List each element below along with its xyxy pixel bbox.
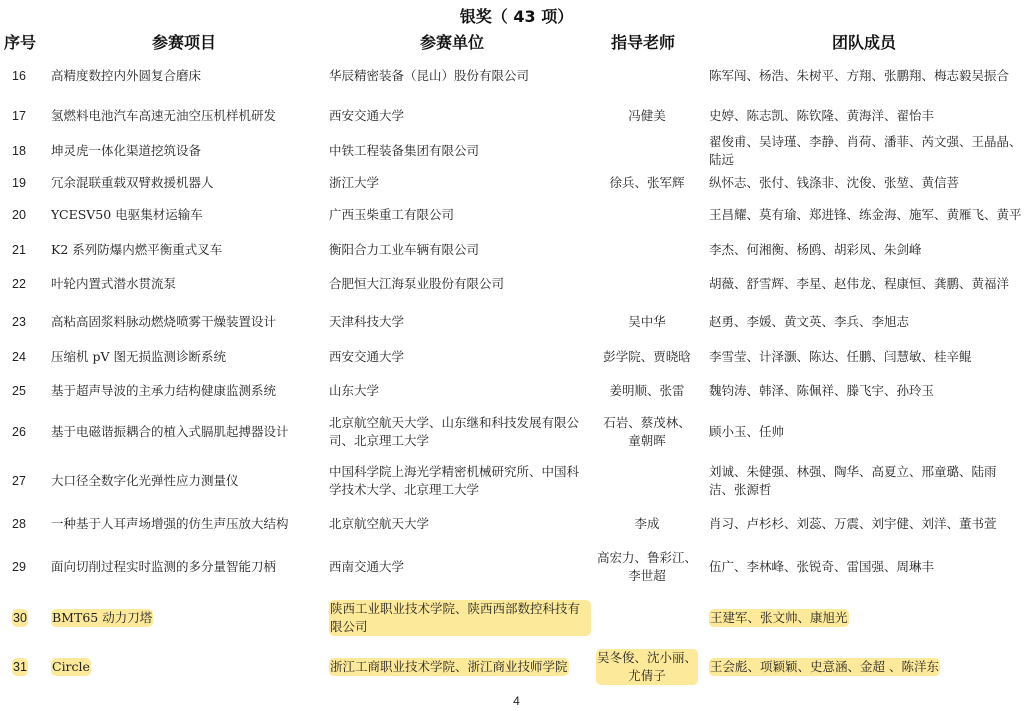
table-row: 21 K2 系列防爆内燃平衡重式叉车 衡阳合力工业车辆有限公司 李杰、何湘衡、杨… (0, 239, 1033, 261)
table-row: 25 基于超声导波的主承力结构健康监测系统 山东大学 姜明顺、张雷 魏钧涛、韩泽… (0, 380, 1033, 402)
table-row: 29 面向切削过程实时监测的多分量智能刀柄 西南交通大学 高宏力、鲁彩江、李世超… (0, 547, 1033, 587)
row-number: 24 (12, 346, 38, 368)
table-row: 22 叶轮内置式潜水贯流泵 合肥恒大江海泵业股份有限公司 胡薇、舒雪辉、李星、赵… (0, 264, 1033, 304)
unit-name: 衡阳合力工业车辆有限公司 (329, 239, 591, 261)
table-row-highlighted: 30 BMT65 动力刀塔 陕西工业职业技术学院、陕西西部数控科技有限公司 王建… (0, 598, 1033, 638)
team-members: 刘诚、朱健强、林强、陶华、高夏立、邢童璐、陆雨洁、张源哲 (709, 461, 1033, 501)
unit-name: 广西玉柴重工有限公司 (329, 196, 591, 234)
teacher-names (592, 598, 702, 638)
teacher-names (592, 239, 702, 261)
teacher-names: 冯健美 (592, 105, 702, 127)
table-row: 19 冗余混联重载双臂救援机器人 浙江大学 徐兵、张军辉 纵怀志、张付、钱涤非、… (0, 172, 1033, 194)
teacher-names (592, 57, 702, 95)
project-name: 压缩机 pV 图无损监测诊断系统 (51, 346, 326, 368)
teacher-names (592, 132, 702, 170)
row-number: 28 (12, 513, 38, 535)
teacher-names: 徐兵、张军辉 (592, 172, 702, 194)
unit-name: 中国科学院上海光学精密机械研究所、中国科学技术大学、北京理工大学 (329, 461, 591, 501)
row-number: 30 (12, 598, 38, 638)
teacher-names: 姜明顺、张雷 (592, 380, 702, 402)
team-members: 赵勇、李媛、黄文英、李兵、李旭志 (709, 311, 1033, 333)
teacher-names (592, 264, 702, 304)
row-number: 26 (12, 412, 38, 452)
unit-name: 中铁工程装备集团有限公司 (329, 132, 591, 170)
teacher-names: 石岩、蔡茂林、童朝晖 (592, 412, 702, 452)
unit-name: 浙江大学 (329, 172, 591, 194)
header-team: 团队成员 (832, 30, 896, 53)
unit-name: 陕西工业职业技术学院、陕西西部数控科技有限公司 (329, 598, 591, 638)
team-members: 李雪莹、计泽灏、陈达、任鹏、闫慧敏、桂辛鲲 (709, 346, 1033, 368)
team-members: 李杰、何湘衡、杨鸥、胡彩凤、朱剑峰 (709, 239, 1033, 261)
table-row: 18 坤灵虎一体化渠道挖筑设备 中铁工程装备集团有限公司 翟俊甫、吴诗瑾、李静、… (0, 132, 1033, 170)
unit-name: 北京航空航天大学、山东继和科技发展有限公司、北京理工大学 (329, 412, 591, 452)
project-name: K2 系列防爆内燃平衡重式叉车 (51, 239, 326, 261)
team-members: 魏钧涛、韩泽、陈佩祥、滕飞宇、孙玲玉 (709, 380, 1033, 402)
unit-name: 西安交通大学 (329, 105, 591, 127)
project-name: 一种基于人耳声场增强的仿生声压放大结构 (51, 513, 326, 535)
row-number: 31 (12, 647, 38, 687)
unit-name: 天津科技大学 (329, 311, 591, 333)
team-members: 陈军闯、杨浩、朱树平、方翔、张鹏翔、梅志毅吴振合 (709, 57, 1033, 95)
team-members: 伍广、李林峰、张锐奇、雷国强、周琳丰 (709, 547, 1033, 587)
header-num: 序号 (4, 30, 36, 53)
teacher-names (592, 461, 702, 501)
table-row: 26 基于电磁谐振耦合的植入式膈肌起搏器设计 北京航空航天大学、山东继和科技发展… (0, 412, 1033, 452)
team-members: 纵怀志、张付、钱涤非、沈俊、张堃、黄信菩 (709, 172, 1033, 194)
project-name: 叶轮内置式潜水贯流泵 (51, 264, 326, 304)
teacher-names (592, 196, 702, 234)
unit-name: 浙江工商职业技术学院、浙江商业技师学院 (329, 647, 591, 687)
unit-name: 合肥恒大江海泵业股份有限公司 (329, 264, 591, 304)
table-row: 24 压缩机 pV 图无损监测诊断系统 西安交通大学 彭学院、贾晓晗 李雪莹、计… (0, 346, 1033, 368)
row-number: 16 (12, 57, 38, 95)
unit-name: 西安交通大学 (329, 346, 591, 368)
row-number: 22 (12, 264, 38, 304)
project-name: 高粘高固浆料脉动燃烧喷雾干燥装置设计 (51, 311, 326, 333)
teacher-names: 李成 (592, 513, 702, 535)
row-number: 29 (12, 547, 38, 587)
header-project: 参赛项目 (152, 30, 216, 53)
team-members: 王昌耀、莫有瑜、郑进锋、练金海、施军、黄雁飞、黄平 (709, 196, 1033, 234)
table-row: 16 高精度数控内外圆复合磨床 华辰精密装备（昆山）股份有限公司 陈军闯、杨浩、… (0, 57, 1033, 95)
team-members: 顾小玉、任帅 (709, 412, 1033, 452)
team-members: 王建军、张文帅、康旭光 (709, 598, 1033, 638)
project-name: 大口径全数字化光弹性应力测量仪 (51, 461, 326, 501)
table-row: 28 一种基于人耳声场增强的仿生声压放大结构 北京航空航天大学 李成 肖习、卢杉… (0, 513, 1033, 535)
row-number: 19 (12, 172, 38, 194)
team-members: 王会彪、项颖颖、史意涵、金超 、陈洋东 (709, 647, 1033, 687)
teacher-names: 彭学院、贾晓晗 (592, 346, 702, 368)
unit-name: 西南交通大学 (329, 547, 591, 587)
table-row: 23 高粘高固浆料脉动燃烧喷雾干燥装置设计 天津科技大学 吴中华 赵勇、李媛、黄… (0, 311, 1033, 333)
table-row: 17 氢燃料电池汽车高速无油空压机样机研发 西安交通大学 冯健美 史婷、陈志凯、… (0, 105, 1033, 127)
team-members: 史婷、陈志凯、陈钦隆、黄海洋、翟怡丰 (709, 105, 1033, 127)
project-name: YCESV50 电驱集材运输车 (51, 196, 326, 234)
row-number: 17 (12, 105, 38, 127)
unit-name: 山东大学 (329, 380, 591, 402)
teacher-names: 高宏力、鲁彩江、李世超 (592, 547, 702, 587)
row-number: 20 (12, 196, 38, 234)
team-members: 胡薇、舒雪辉、李星、赵伟龙、程康恒、龚鹏、黄福洋 (709, 264, 1033, 304)
page-number: 4 (0, 694, 1033, 708)
teacher-names: 吴中华 (592, 311, 702, 333)
header-unit: 参赛单位 (420, 30, 484, 53)
teacher-names: 吴冬俊、沈小丽、尤倩子 (592, 647, 702, 687)
team-members: 翟俊甫、吴诗瑾、李静、肖荷、潘菲、芮文强、王晶晶、陆远 (709, 132, 1033, 170)
project-name: 氢燃料电池汽车高速无油空压机样机研发 (51, 105, 326, 127)
project-name: 坤灵虎一体化渠道挖筑设备 (51, 132, 326, 170)
project-name: 基于电磁谐振耦合的植入式膈肌起搏器设计 (51, 412, 326, 452)
project-name: 面向切削过程实时监测的多分量智能刀柄 (51, 547, 326, 587)
header-teacher: 指导老师 (611, 30, 675, 53)
table-row: 20 YCESV50 电驱集材运输车 广西玉柴重工有限公司 王昌耀、莫有瑜、郑进… (0, 196, 1033, 234)
table-row: 27 大口径全数字化光弹性应力测量仪 中国科学院上海光学精密机械研究所、中国科学… (0, 461, 1033, 501)
team-members: 肖习、卢杉杉、刘蕊、万震、刘宇健、刘洋、董书萱 (709, 513, 1033, 535)
row-number: 23 (12, 311, 38, 333)
project-name: Circle (51, 647, 326, 687)
unit-name: 北京航空航天大学 (329, 513, 591, 535)
project-name: 高精度数控内外圆复合磨床 (51, 57, 326, 95)
section-title: 银奖（ 43 项） (0, 4, 1033, 27)
table-row-highlighted: 31 Circle 浙江工商职业技术学院、浙江商业技师学院 吴冬俊、沈小丽、尤倩… (0, 647, 1033, 687)
row-number: 18 (12, 132, 38, 170)
project-name: BMT65 动力刀塔 (51, 598, 326, 638)
row-number: 27 (12, 461, 38, 501)
row-number: 21 (12, 239, 38, 261)
project-name: 冗余混联重载双臂救援机器人 (51, 172, 326, 194)
unit-name: 华辰精密装备（昆山）股份有限公司 (329, 57, 591, 95)
row-number: 25 (12, 380, 38, 402)
project-name: 基于超声导波的主承力结构健康监测系统 (51, 380, 326, 402)
